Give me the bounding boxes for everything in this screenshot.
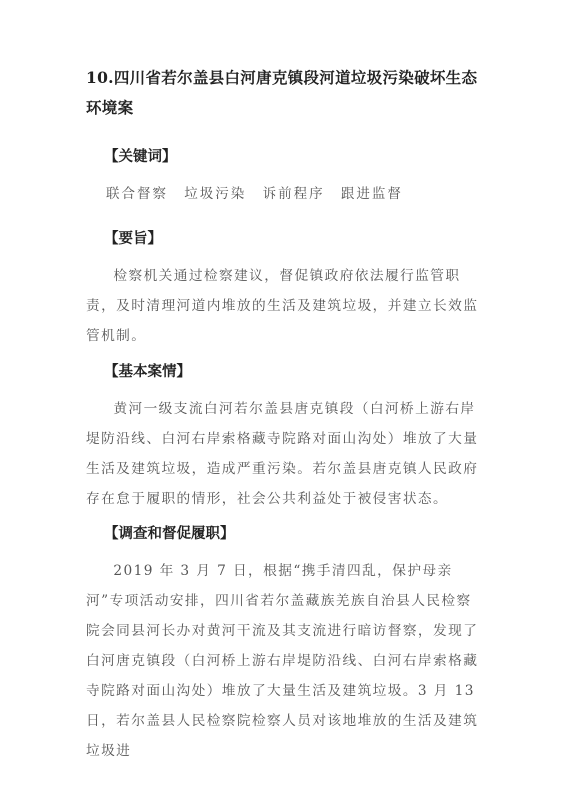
gist-paragraph: 检察机关通过检察建议，督促镇政府依法履行监管职责，及时清理河道内堆放的生活及建筑… <box>86 261 486 351</box>
keyword-item: 诉前程序 <box>263 186 325 202</box>
document-page: 10.四川省若尔盖县白河唐克镇段河道垃圾污染破坏生态环境案 【关键词】 联合督察… <box>0 0 565 800</box>
keyword-item: 跟进监督 <box>341 186 403 202</box>
basic-facts-heading: 【基本案情】 <box>104 362 191 382</box>
keywords-list: 联合督察 垃圾污染 诉前程序 跟进监督 <box>106 184 413 204</box>
keywords-heading: 【关键词】 <box>104 147 177 167</box>
case-title: 10.四川省若尔盖县白河唐克镇段河道垃圾污染破坏生态环境案 <box>86 63 486 123</box>
gist-heading: 【要旨】 <box>104 229 162 249</box>
investigation-heading: 【调查和督促履职】 <box>104 524 235 544</box>
keyword-item: 垃圾污染 <box>184 186 246 202</box>
keyword-item: 联合督察 <box>106 186 168 202</box>
investigation-paragraph: 2019 年 3 月 7 日，根据“携手清四乱，保护母亲河”专项活动安排，四川省… <box>86 556 486 766</box>
basic-facts-paragraph: 黄河一级支流白河若尔盖县唐克镇段（白河桥上游右岸堤防沿线、白河右岸索格藏寺院路对… <box>86 394 486 514</box>
